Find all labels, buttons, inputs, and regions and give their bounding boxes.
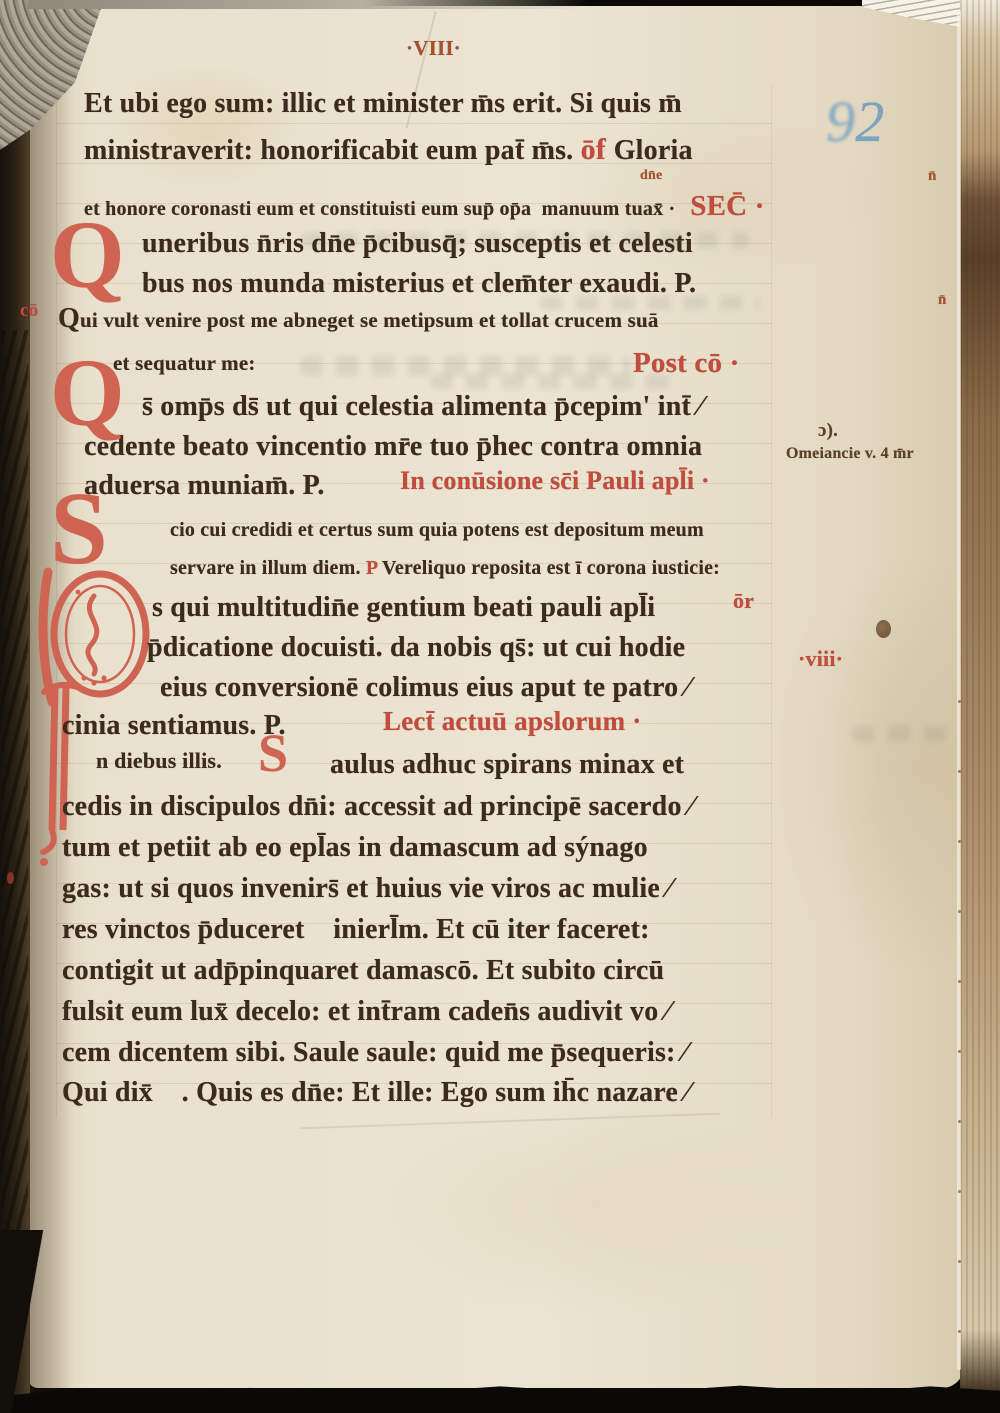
pricking-hole [958, 980, 961, 983]
text-line: fulsit eum lux̄ decelo: et int̄ram caden… [62, 996, 671, 1028]
text-line: cio cui credidi et certus sum quia poten… [170, 519, 704, 542]
text-line-segment: et honore coronasti eum et constituisti … [84, 198, 675, 220]
text-line-segment: P [361, 557, 382, 579]
text-line-segment: contigit ut adp̄pinquaret damascō. Et su… [62, 955, 664, 986]
rubric-segment: Post cō · [633, 347, 740, 379]
text-line: contigit ut adp̄pinquaret damascō. Et su… [62, 955, 664, 987]
margin-mark-segment: n̄ [928, 168, 937, 184]
previous-leaf-text-edge [2, 330, 28, 1290]
text-line: aduersa muniam̄. P. [84, 470, 325, 502]
pricking-hole [958, 1190, 961, 1193]
pricking-hole [958, 1260, 961, 1263]
text-line-segment: res vinctos p̄duceret inierl̄m. Et cū it… [62, 914, 650, 945]
text-line-segment: Et ubi ego sum: illic et minister m̄s er… [84, 88, 682, 119]
text-line-segment: aulus adhuc spirans minax et [330, 749, 684, 780]
text-line-segment: servare in illum diem. [170, 557, 361, 579]
interlinear-gloss: dn̄e [640, 168, 662, 184]
text-line-segment: cinia sentiamus. P. [62, 710, 286, 741]
text-line-segment: SEC̄ · [675, 190, 764, 222]
pricking-hole [958, 1120, 961, 1123]
initial-s: S [50, 482, 108, 576]
text-line-segment: et sequatur me: [113, 351, 256, 375]
bleedthrough-text [852, 726, 960, 742]
text-line-segment: Qui dix̄ . Quis es dn̄e: Et ille: Ego su… [62, 1077, 690, 1108]
rubric-segment: In conūsione sc̄i Pauli apl̄i · [400, 466, 710, 495]
text-line-segment: Vereliquo reposita est ī corona iusticie… [382, 557, 720, 579]
text-line: tum et petiit ab eo epl̄as in damascum a… [62, 832, 648, 864]
pricking-hole [958, 770, 961, 773]
text-line-segment: p̄dicatione docuisti. da nobis qs̄: ut c… [147, 632, 685, 663]
margin-note: ɔ). [818, 420, 838, 442]
margin-rubric-segment: ōr [733, 588, 754, 613]
pencil-foliation: 92 [826, 88, 884, 155]
text-line-segment: cedis in discipulos dn̄i: accessit ad pr… [62, 791, 694, 822]
rubric: Lect̄ actuū apslorum · [383, 706, 641, 737]
margin-note-segment: Omeiancie v. 4 m̄r [786, 445, 914, 462]
rubric-segment: Lect̄ actuū apslorum · [383, 706, 641, 736]
manuscript-photo: ·VIII·92Et ubi ego sum: illic et ministe… [0, 0, 1000, 1413]
text-line-segment: ōf [581, 133, 614, 166]
pencil-foliation-segment: 9 [826, 89, 855, 154]
text-line: et sequatur me: [113, 351, 256, 376]
pencil-foliation-segment: 2 [855, 89, 884, 154]
text-line: aulus adhuc spirans minax et [330, 749, 684, 781]
text-line: Qui vult venire post me abneget se metip… [58, 303, 659, 335]
interlinear-gloss-segment: dn̄e [640, 168, 662, 183]
margin-rubric: cō [20, 300, 38, 322]
initial-q: Q [50, 350, 125, 436]
previous-leaf-rubric-fleck [7, 872, 14, 884]
folio-heading-segment: ·VIII· [406, 36, 461, 60]
margin-rubric: ōr [733, 588, 754, 614]
margin-mark: n̄ [938, 292, 947, 309]
text-line: cedente beato vincentio mr̄e tuo p̄hec c… [84, 431, 702, 463]
wax-stain [876, 620, 891, 638]
page-edge-highlight [957, 10, 961, 1370]
pricking-hole [958, 840, 961, 843]
text-line-segment: cedente beato vincentio mr̄e tuo p̄hec c… [84, 431, 702, 462]
text-line-segment: tum et petiit ab eo epl̄as in damascum a… [62, 832, 648, 863]
text-line-segment: fulsit eum lux̄ decelo: et int̄ram caden… [62, 996, 671, 1027]
text-line-segment: ui vult venire post me abneget se metips… [80, 308, 659, 332]
text-line-segment: s̄ omp̄s ds̄ ut qui celestia alimenta p̄… [142, 391, 703, 422]
text-line: ministraverit: honorificabit eum pat̄ m̄… [84, 133, 693, 167]
text-line: Qui dix̄ . Quis es dn̄e: Et ille: Ego su… [62, 1077, 690, 1109]
pricking-hole [958, 1050, 961, 1053]
text-line: gas: ut si quos invenirs̄ et huius vie v… [62, 873, 672, 905]
rubric: Post cō · [633, 347, 740, 380]
margin-mark: n̄ [928, 168, 937, 185]
text-line: Et ubi ego sum: illic et minister m̄s er… [84, 88, 682, 120]
text-line-segment: cem dicentem sibi. Saule saule: quid me … [62, 1037, 688, 1068]
text-line: servare in illum diem. P Vereliquo repos… [170, 557, 720, 580]
margin-folio-segment: ·viii· [798, 646, 843, 671]
pricking-hole [958, 910, 961, 913]
text-line-segment: s qui multitudin̄e gentium beati pauli a… [152, 592, 655, 623]
margin-rubric-segment: cō [20, 300, 38, 321]
text-line-segment: ministraverit: honorificabit eum pat̄ m̄… [84, 135, 581, 166]
text-line-segment: gas: ut si quos invenirs̄ et huius vie v… [62, 873, 672, 904]
binding-corner-bottom-left [0, 1230, 50, 1413]
folio-heading: ·VIII· [406, 36, 461, 61]
bleedthrough-text [300, 356, 630, 376]
margin-note: Omeiancie v. 4 m̄r [786, 445, 914, 463]
text-line: res vinctos p̄duceret inierl̄m. Et cū it… [62, 914, 650, 946]
text-line-segment: eius conversionē colimus eius aput te pa… [160, 672, 690, 703]
text-line: cem dicentem sibi. Saule saule: quid me … [62, 1037, 688, 1069]
text-line: n diebus illis. [96, 748, 222, 774]
text-line-segment: aduersa muniam̄. P. [84, 470, 325, 501]
text-line: s̄ omp̄s ds̄ ut qui celestia alimenta p̄… [142, 391, 703, 423]
margin-mark-segment: n̄ [938, 292, 947, 308]
text-line: cedis in discipulos dn̄i: accessit ad pr… [62, 791, 694, 823]
margin-note-segment: ɔ). [818, 420, 838, 441]
text-line: eius conversionē colimus eius aput te pa… [160, 672, 690, 704]
text-line-segment: uneribus n̄ris dn̄e p̄cibusq̄; susceptis… [142, 228, 693, 259]
pricking-hole [958, 700, 961, 703]
pricking-hole [958, 1330, 961, 1333]
text-line: et honore coronasti eum et constituisti … [84, 190, 765, 223]
text-line-segment: n diebus illis. [96, 748, 222, 773]
initial-s: S [258, 729, 288, 778]
text-line: uneribus n̄ris dn̄e p̄cibusq̄; susceptis… [142, 228, 693, 260]
rubric: In conūsione sc̄i Pauli apl̄i · [400, 466, 710, 496]
margin-folio: ·viii· [798, 646, 843, 672]
text-line-segment: bus nos munda misterius et clem̄ter exau… [142, 268, 696, 299]
text-line-segment: cio cui credidi et certus sum quia poten… [170, 519, 704, 541]
text-line: cinia sentiamus. P. [62, 710, 286, 742]
text-line: p̄dicatione docuisti. da nobis qs̄: ut c… [147, 632, 685, 664]
text-line: s qui multitudin̄e gentium beati pauli a… [152, 592, 655, 624]
initial-q: Q [50, 212, 125, 298]
text-line: bus nos munda misterius et clem̄ter exau… [142, 268, 696, 300]
fore-edge-texture [960, 0, 1000, 1413]
upper-leaf-edge [28, 0, 588, 9]
text-line-segment: Gloria [614, 135, 693, 166]
